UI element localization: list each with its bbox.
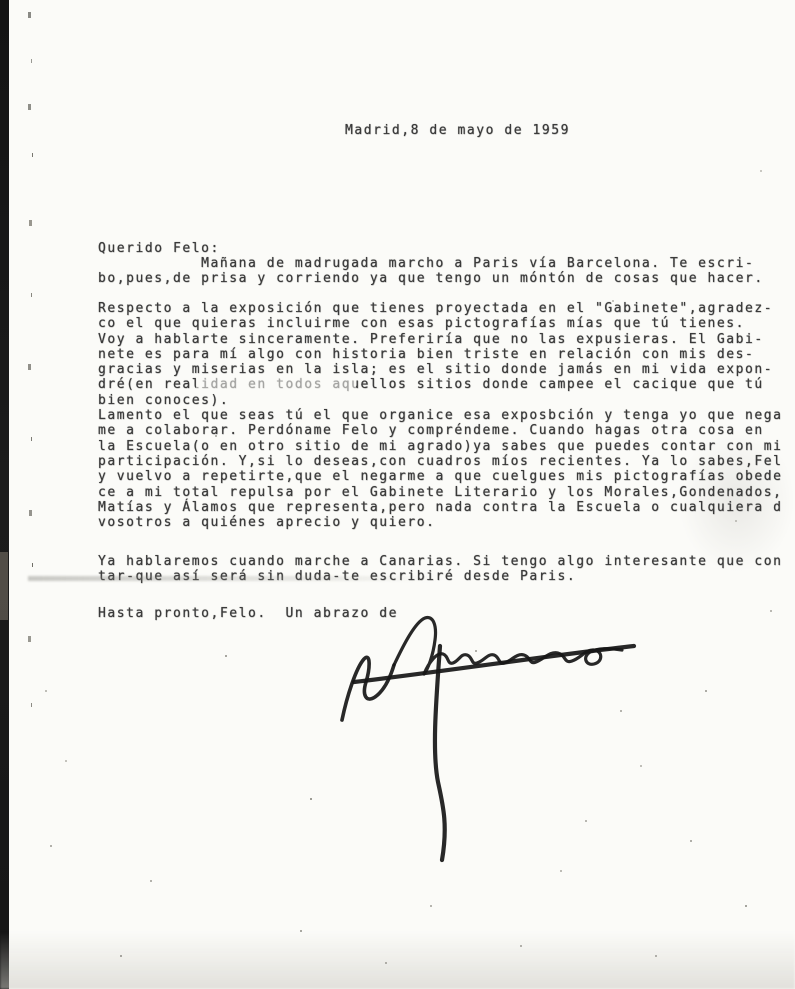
scan-speckles xyxy=(0,0,2,2)
scan-smudge-line xyxy=(28,576,443,581)
letter-paragraph-1: Mañana de madrugada marcho a Paris vía B… xyxy=(98,256,764,287)
scan-edge-strip-light-segment xyxy=(0,552,8,620)
handwritten-signature xyxy=(330,612,650,872)
scan-bottom-gray-band xyxy=(0,932,795,989)
scan-edge-strip xyxy=(0,0,9,989)
letter-paragraph-2: Respecto a la exposición que tienes proy… xyxy=(98,301,783,530)
left-margin-tick-marks xyxy=(28,12,31,18)
letter-salutation: Querido Felo: xyxy=(98,241,220,256)
faded-ink-patch xyxy=(196,378,356,394)
scanned-letter-page: Madrid,8 de mayo de 1959 Querido Felo: M… xyxy=(0,0,795,989)
letter-dateline: Madrid,8 de mayo de 1959 xyxy=(345,123,570,138)
